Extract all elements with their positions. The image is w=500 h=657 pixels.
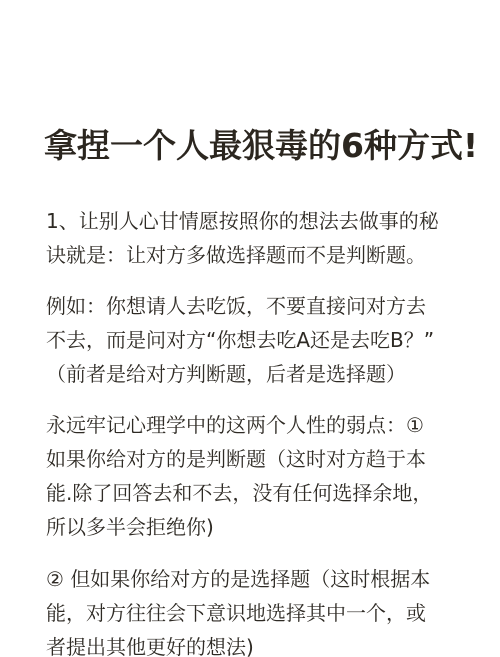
article-page: 拿捏一个人最狠毒的6种方式! 1、让别人心甘情愿按照你的想法去做事的秘 诀就是：…	[0, 0, 500, 657]
paragraph-example: 例如：你想请人去吃饭，不要直接问对方去 不去，而是问对方“你想去吃A还是去吃B？…	[46, 289, 466, 391]
paragraph-line: 者提出其他更好的想法)	[46, 630, 466, 657]
paragraph-line: 能.除了回答去和不去，没有任何选择余地，	[46, 476, 466, 510]
paragraph-line: 诀就是：让对方多做选择题而不是判断题。	[46, 238, 466, 272]
paragraph-line: ② 但如果你给对方的是选择题（这时根据本	[46, 562, 466, 596]
paragraph-line: 1、让别人心甘情愿按照你的想法去做事的秘	[46, 204, 466, 238]
paragraph-line: （前者是给对方判断题，后者是选择题）	[46, 357, 466, 391]
paragraph-line: 能，对方往往会下意识地选择其中一个，或	[46, 596, 466, 630]
paragraph-line: 所以多半会拒绝你)	[46, 510, 466, 544]
paragraph-weakness-one: 永远牢记心理学中的这两个人性的弱点：① 如果你给对方的是判断题（这时对方趋于本 …	[46, 408, 466, 544]
paragraph-line: 永远牢记心理学中的这两个人性的弱点：①	[46, 408, 466, 442]
paragraph-weakness-two: ② 但如果你给对方的是选择题（这时根据本 能，对方往往会下意识地选择其中一个，或…	[46, 562, 466, 657]
paragraph-intro: 1、让别人心甘情愿按照你的想法去做事的秘 诀就是：让对方多做选择题而不是判断题。	[46, 204, 466, 272]
article-title: 拿捏一个人最狠毒的6种方式!	[44, 124, 484, 168]
paragraph-line: 不去，而是问对方“你想去吃A还是去吃B？”	[46, 323, 466, 357]
paragraph-line: 如果你给对方的是判断题（这时对方趋于本	[46, 442, 466, 476]
paragraph-line: 例如：你想请人去吃饭，不要直接问对方去	[46, 289, 466, 323]
